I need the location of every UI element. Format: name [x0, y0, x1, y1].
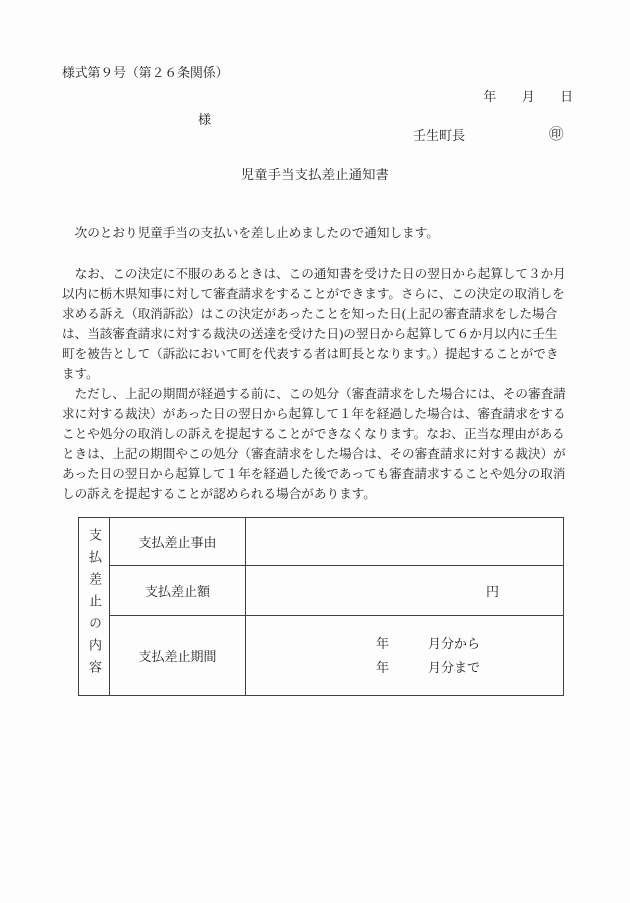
notice-line: 求に対する裁決）があった日の翌日から起算して１年を経過した場合は、審査請求をする — [62, 404, 566, 424]
table-row: 支払差止の内容 支払差止事由 — [79, 518, 564, 566]
notice-line: あった日の翌日から起算して１年を経過した後であっても審査請求することや処分の取消 — [62, 464, 566, 484]
addressee-suffix: 様 — [198, 109, 211, 128]
notice-line: ただし、上記の期間が経過する前に、この処分（審査請求をした場合には、その審査請 — [62, 384, 566, 404]
notice-line: は、当該審査請求に対する裁決の送達を受けた日)の翌日から起算して６か月以内に壬生 — [62, 324, 566, 344]
amount-value: 円 — [246, 566, 564, 616]
amount-label: 支払差止額 — [110, 566, 246, 616]
reason-value — [246, 518, 564, 566]
period-to: 年 月分まで — [246, 656, 563, 680]
notice-line: ます。 — [62, 364, 566, 384]
suspension-table: 支払差止の内容 支払差止事由 支払差止額 円 支払差止期間 年 月分から 年 月… — [78, 517, 564, 696]
document-page: 様式第９号（第２６条関係） 年 月 日 様 壬生町長 ㊞ 児童手当支払差止通知書… — [0, 0, 630, 903]
notice-line: なお、この決定に不服のあるときは、この通知書を受けた日の翌日から起算して３か月 — [62, 264, 566, 284]
seal-icon: ㊞ — [549, 123, 564, 144]
table-row: 支払差止期間 年 月分から 年 月分まで — [79, 616, 564, 696]
date-line: 年 月 日 — [483, 86, 573, 105]
notice-line: 町を被告として（訴訟において町を代表する者は町長となります。）提起することができ — [62, 344, 566, 364]
yen-unit: 円 — [246, 581, 563, 600]
side-label: 支払差止の内容 — [79, 528, 109, 682]
table-row: 支払差止額 円 — [79, 566, 564, 616]
reason-label: 支払差止事由 — [110, 518, 246, 566]
notice-line: 以内に栃木県知事に対して審査請求をすることができます。さらに、この決定の取消しを — [62, 284, 566, 304]
notice-line: 求める訴え（取消訴訟）はこの決定があったことを知った日(上記の審査請求をした場合 — [62, 304, 566, 324]
notice-line: ことや処分の取消しの訴えを提起することができなくなります。なお、正当な理由がある — [62, 424, 566, 444]
side-label-cell: 支払差止の内容 — [79, 518, 110, 696]
period-from: 年 月分から — [246, 632, 563, 656]
document-title: 児童手当支払差止通知書 — [0, 164, 630, 183]
period-label: 支払差止期間 — [110, 616, 246, 696]
issuer-title: 壬生町長 — [413, 125, 465, 144]
intro-paragraph: 次のとおり児童手当の支払いを差し止めましたので通知します。 — [62, 222, 439, 241]
notice-line: しの訴えを提起することが認められる場合があります。 — [62, 484, 566, 504]
notice-line: ときは、上記の期間やこの処分（審査請求をした場合は、その審査請求に対する裁決）が — [62, 444, 566, 464]
period-value: 年 月分から 年 月分まで — [246, 616, 564, 696]
form-number: 様式第９号（第２６条関係） — [62, 62, 228, 81]
appeal-notice: なお、この決定に不服のあるときは、この通知書を受けた日の翌日から起算して３か月 … — [62, 264, 566, 504]
